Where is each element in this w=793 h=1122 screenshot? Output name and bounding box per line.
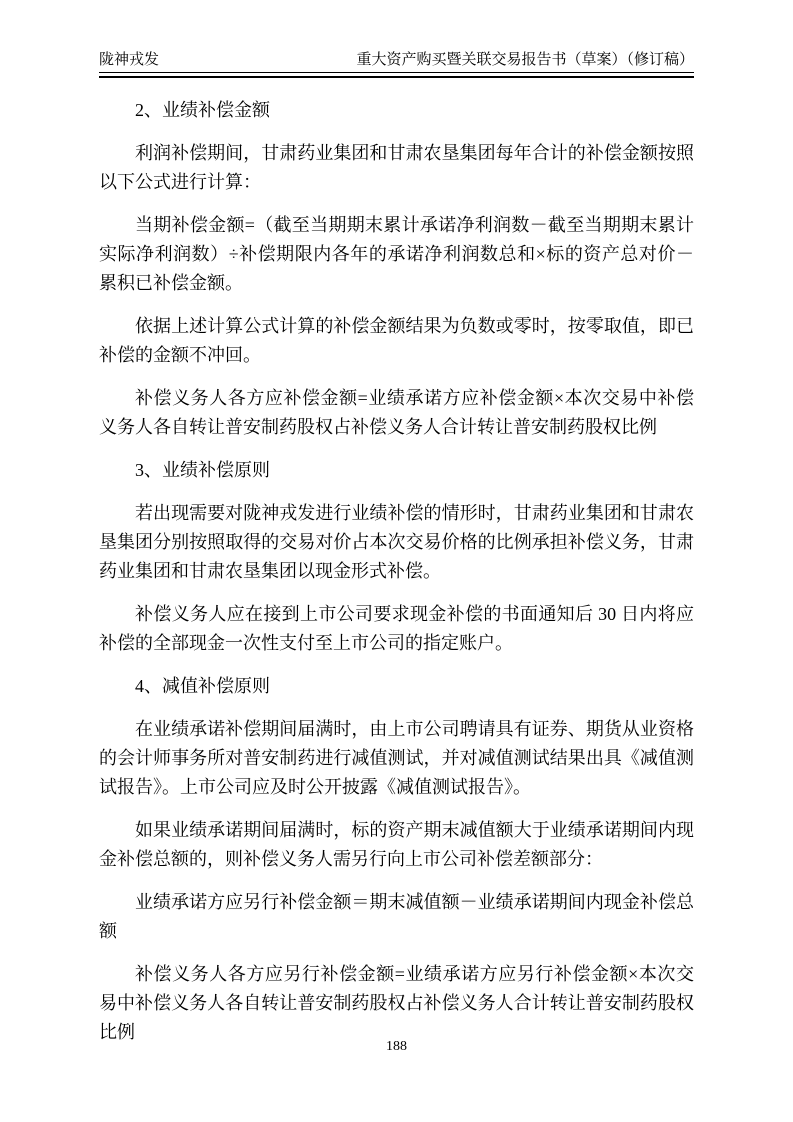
paragraph: 若出现需要对陇神戎发进行业绩补偿的情形时，甘肃药业集团和甘肃农垦集团分别按照取得… (99, 499, 694, 586)
document-page: 陇神戎发 重大资产购买暨关联交易报告书（草案）（修订稿） 2、业绩补偿金额利润补… (0, 0, 793, 1122)
section-heading: 4、减值补偿原则 (99, 672, 694, 701)
paragraph: 补偿义务人应在接到上市公司要求现金补偿的书面通知后 30 日内将应补偿的全部现金… (99, 600, 694, 658)
header-report-title: 重大资产购买暨关联交易报告书（草案）（修订稿） (356, 50, 694, 70)
page-footer: 188 (0, 1038, 793, 1056)
paragraph: 补偿义务人各方应另行补偿金额=业绩承诺方应另行补偿金额×本次交易中补偿义务人各自… (99, 960, 694, 1047)
header-company-name: 陇神戎发 (99, 50, 159, 70)
paragraph: 依据上述计算公式计算的补偿金额结果为负数或零时，按零取值，即已补偿的金额不冲回。 (99, 312, 694, 370)
section-heading: 2、业绩补偿金额 (99, 96, 694, 125)
paragraph: 如果业绩承诺期间届满时，标的资产期末减值额大于业绩承诺期间内现金补偿总额的，则补… (99, 816, 694, 874)
paragraph: 利润补偿期间，甘肃药业集团和甘肃农垦集团每年合计的补偿金额按照以下公式进行计算： (99, 139, 694, 197)
page-number: 188 (386, 1039, 407, 1054)
paragraph: 当期补偿金额=（截至当期期末累计承诺净利润数－截至当期期末累计实际净利润数）÷补… (99, 211, 694, 298)
header-rule (99, 76, 694, 78)
section-heading: 3、业绩补偿原则 (99, 456, 694, 485)
document-body: 2、业绩补偿金额利润补偿期间，甘肃药业集团和甘肃农垦集团每年合计的补偿金额按照以… (99, 96, 694, 1047)
paragraph: 在业绩承诺补偿期间届满时，由上市公司聘请具有证券、期货从业资格的会计师事务所对普… (99, 715, 694, 802)
page-header-row: 陇神戎发 重大资产购买暨关联交易报告书（草案）（修订稿） (99, 50, 694, 73)
paragraph: 业绩承诺方应另行补偿金额＝期末减值额－业绩承诺期间内现金补偿总额 (99, 888, 694, 946)
paragraph: 补偿义务人各方应补偿金额=业绩承诺方应补偿金额×本次交易中补偿义务人各自转让普安… (99, 384, 694, 442)
page-header: 陇神戎发 重大资产购买暨关联交易报告书（草案）（修订稿） (99, 50, 694, 78)
